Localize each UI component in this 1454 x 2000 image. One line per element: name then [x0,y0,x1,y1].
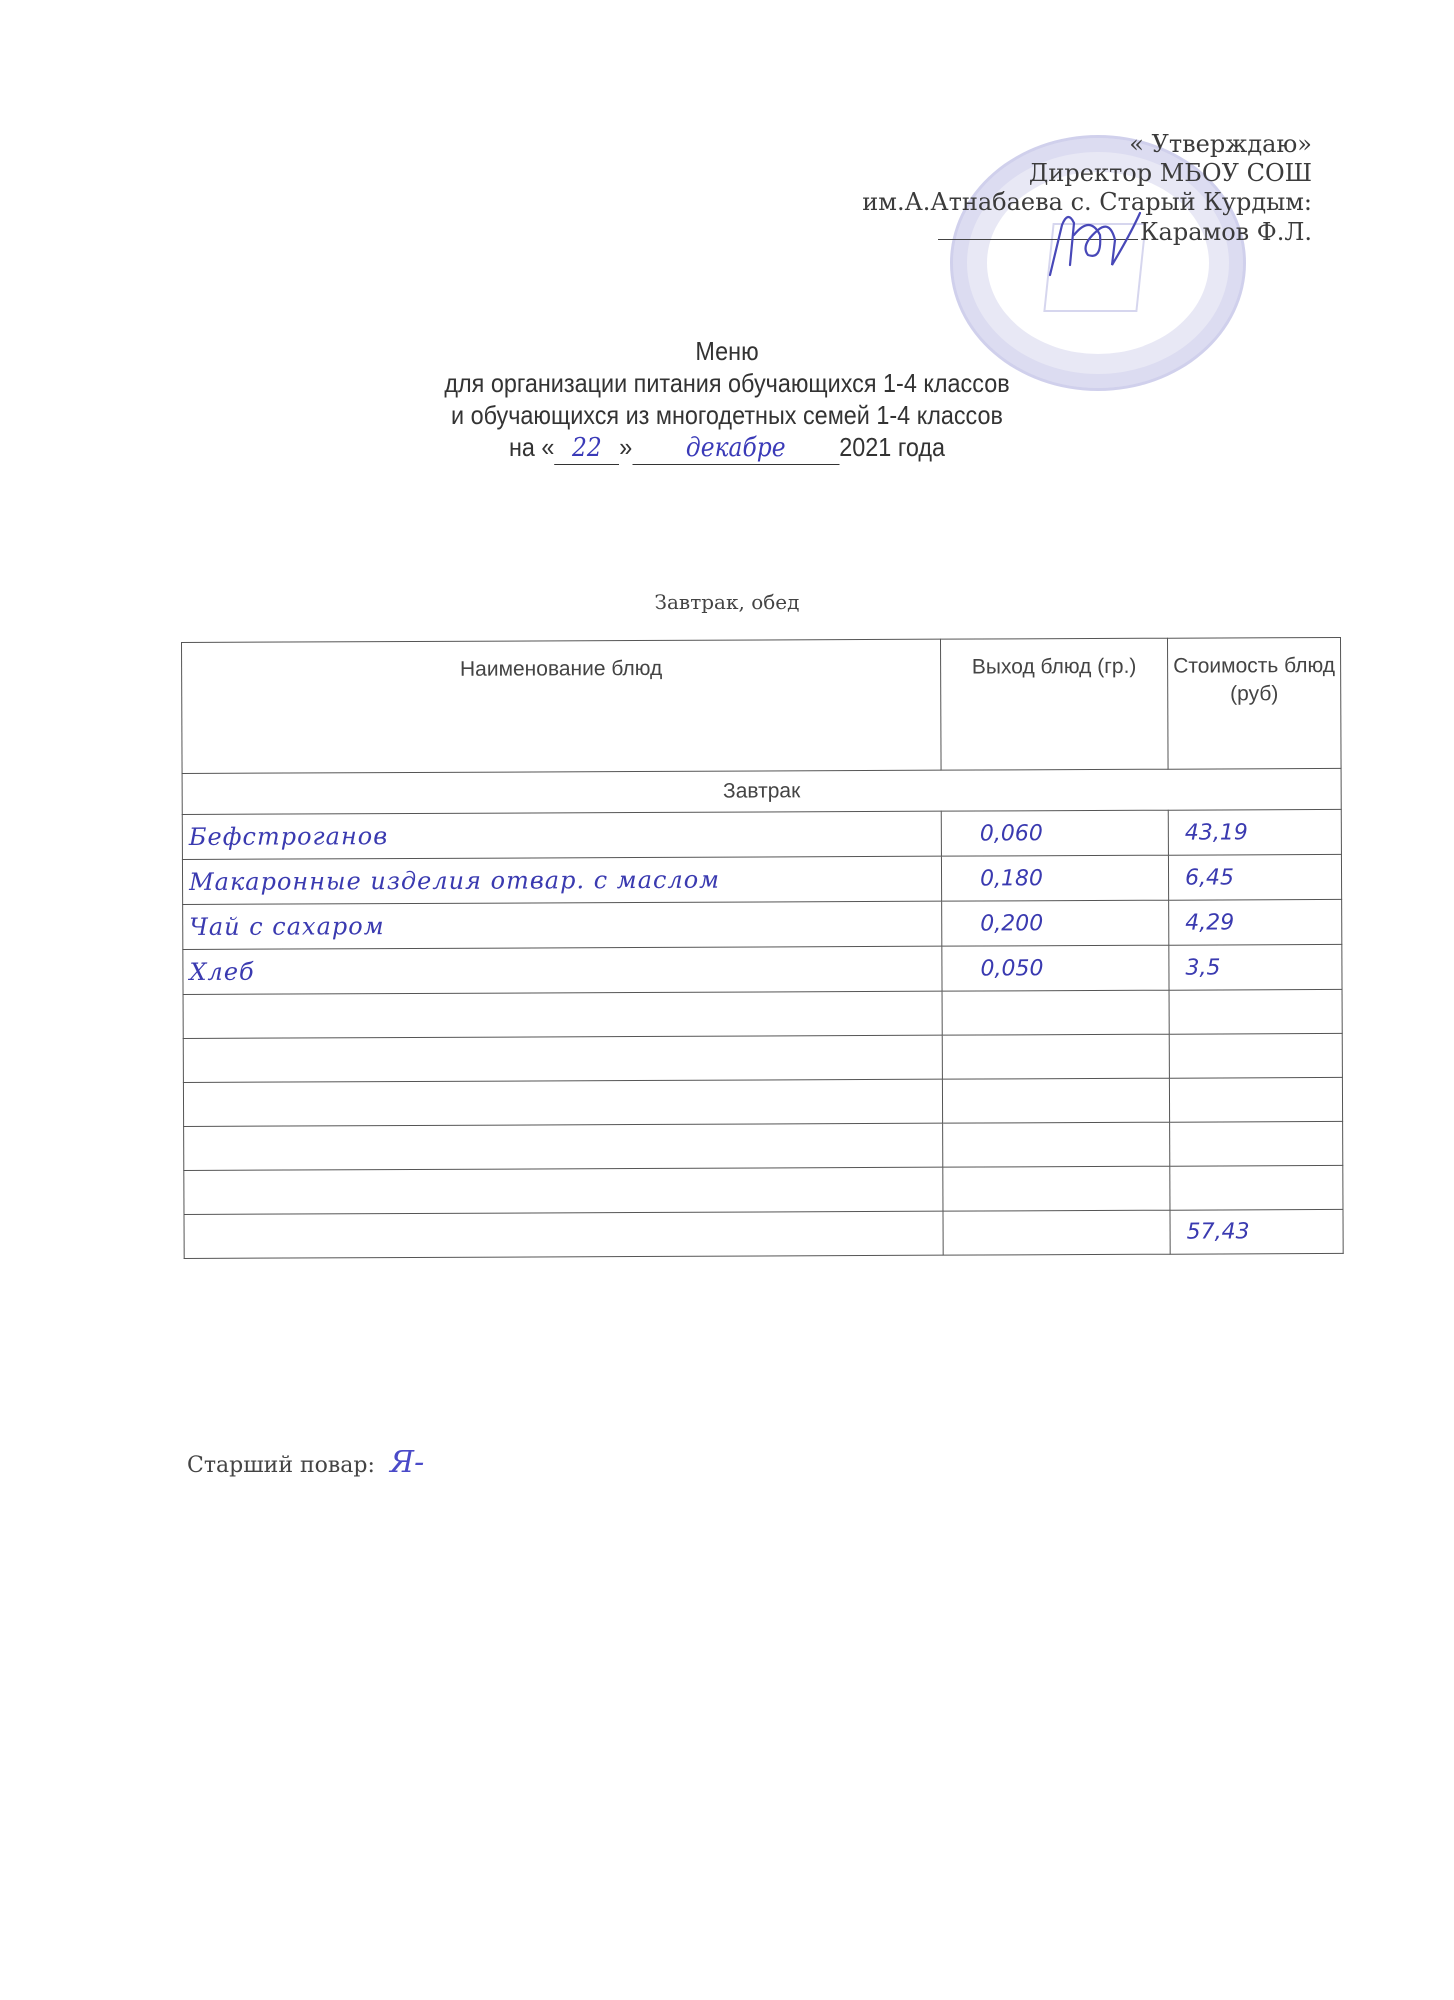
table-row: Чай с сахаром 0,200 4,29 [183,899,1342,949]
date-month: декабре [632,432,839,465]
dish-output: 0,200 [942,900,1169,946]
dish-name: Хлеб [183,946,942,994]
table-row: Бефстроганов 0,060 43,19 [182,809,1341,859]
dish-cost: 6,45 [1168,854,1341,900]
dish-output: 0,060 [941,810,1168,856]
cook-signature-block: Старший повар: Я- [187,1445,424,1480]
title-menu: Меню [73,335,1382,367]
dish-name: Бефстроганов [182,811,941,859]
empty-row [183,1077,1342,1126]
breakfast-section-row: Завтрак [182,768,1341,814]
dish-name: Макаронные изделия отвар. с маслом [182,856,941,904]
cook-label: Старший повар: [187,1453,375,1478]
document-title: Меню для организации питания обучающихся… [73,335,1382,465]
empty-row [183,989,1342,1038]
approval-school: им.А.Атнабаева с. Старый Курдым: [862,188,1312,217]
title-purpose: для организации питания обучающихся 1-4 … [73,367,1382,399]
header-cost: Стоимость блюд (руб) [1167,637,1341,769]
date-day: 22 [554,432,619,465]
cook-signature: Я- [390,1445,424,1480]
title-audience: и обучающихся из многодетных семей 1-4 к… [73,399,1382,431]
empty-row [184,1165,1343,1214]
dish-cost: 4,29 [1169,899,1342,945]
dish-output: 0,050 [942,945,1169,991]
dish-cost: 3,5 [1169,944,1342,990]
approval-signer: Карамов Ф.Л. [1140,218,1312,246]
empty-row [184,1121,1343,1170]
table-header-row: Наименование блюд Выход блюд (гр.) Стоим… [182,637,1342,773]
director-signature-line [938,217,1138,240]
dish-cost: 43,19 [1168,809,1341,855]
table-row: Хлеб 0,050 3,5 [183,944,1342,994]
total-cost: 57,43 [1170,1209,1343,1254]
empty-row [183,1033,1342,1082]
menu-table: Наименование блюд Выход блюд (гр.) Стоим… [181,637,1344,1259]
approval-heading: « Утверждаю» [862,130,1312,159]
title-date: на «22»декабре2021 года [73,431,1382,465]
header-output: Выход блюд (гр.) [940,638,1168,770]
table-row: Макаронные изделия отвар. с маслом 0,180… [182,854,1341,904]
total-row: 57,43 [184,1209,1343,1258]
header-dish-name: Наименование блюд [182,639,942,773]
dish-name: Чай с сахаром [183,901,942,949]
section-label: Завтрак [182,768,1341,814]
meal-section-title: Завтрак, обед [0,590,1454,614]
approval-position: Директор МБОУ СОШ [862,159,1312,188]
dish-output: 0,180 [941,855,1168,901]
approval-block: « Утверждаю» Директор МБОУ СОШ им.А.Атна… [862,130,1312,247]
